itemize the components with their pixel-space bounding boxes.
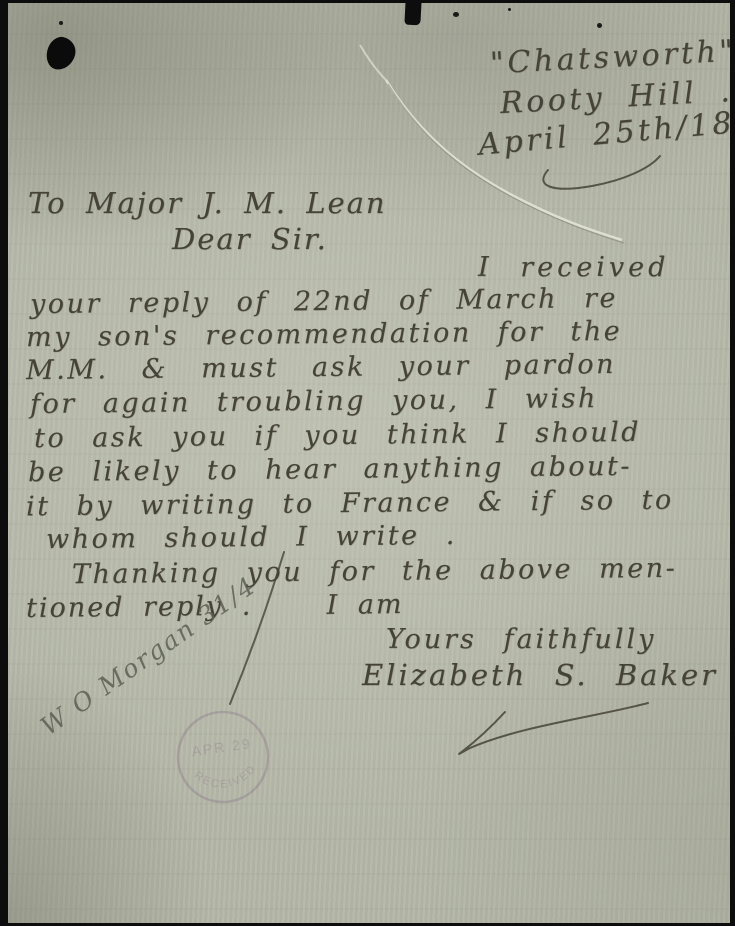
stamp-date: APR 29 [191,735,253,759]
salutation: Dear Sir. [172,222,328,256]
body-line: to ask you if you think I should [34,417,641,454]
ink-speck [59,21,63,25]
body-line: my son's recommendation for the [26,316,622,353]
closing-line: Thanking you for the above men- [72,553,677,590]
ink-speck [453,12,459,17]
body-opening: I received [478,252,669,283]
date-flourish [543,156,660,189]
paper-crease-tip [360,45,386,80]
svg-text:RECEIVED: RECEIVED [191,761,261,795]
scan-notch [404,0,421,25]
body-line: whom should I write . [46,520,457,555]
recipient-line: To Major J. M. Lean [28,186,387,220]
letterhead-house: "Chatsworth" [489,34,735,82]
body-line: for again troubling you, I wish [30,383,598,420]
signature-flourish [459,703,648,754]
ink-blot [43,34,78,73]
ink-speck [597,23,602,28]
body-line: your reply of 22nd of March re [30,283,618,320]
signature: Elizabeth S. Baker . [362,658,735,692]
scan-edge-left [0,0,8,926]
scan-edge-top [0,0,735,3]
letter-page: APR 29 RECEIVED "Chatsworth" Rooty Hill … [0,0,735,926]
stamp-label: RECEIVED [191,761,261,795]
body-line: it by writing to France & if so to [26,485,674,523]
body-line: M.M. & must ask your pardon [26,349,616,386]
received-stamp: APR 29 RECEIVED [172,706,274,808]
valediction: Yours faithfully [386,624,656,655]
ink-speck [508,8,511,11]
body-line: be likely to hear anything about- [28,451,632,488]
